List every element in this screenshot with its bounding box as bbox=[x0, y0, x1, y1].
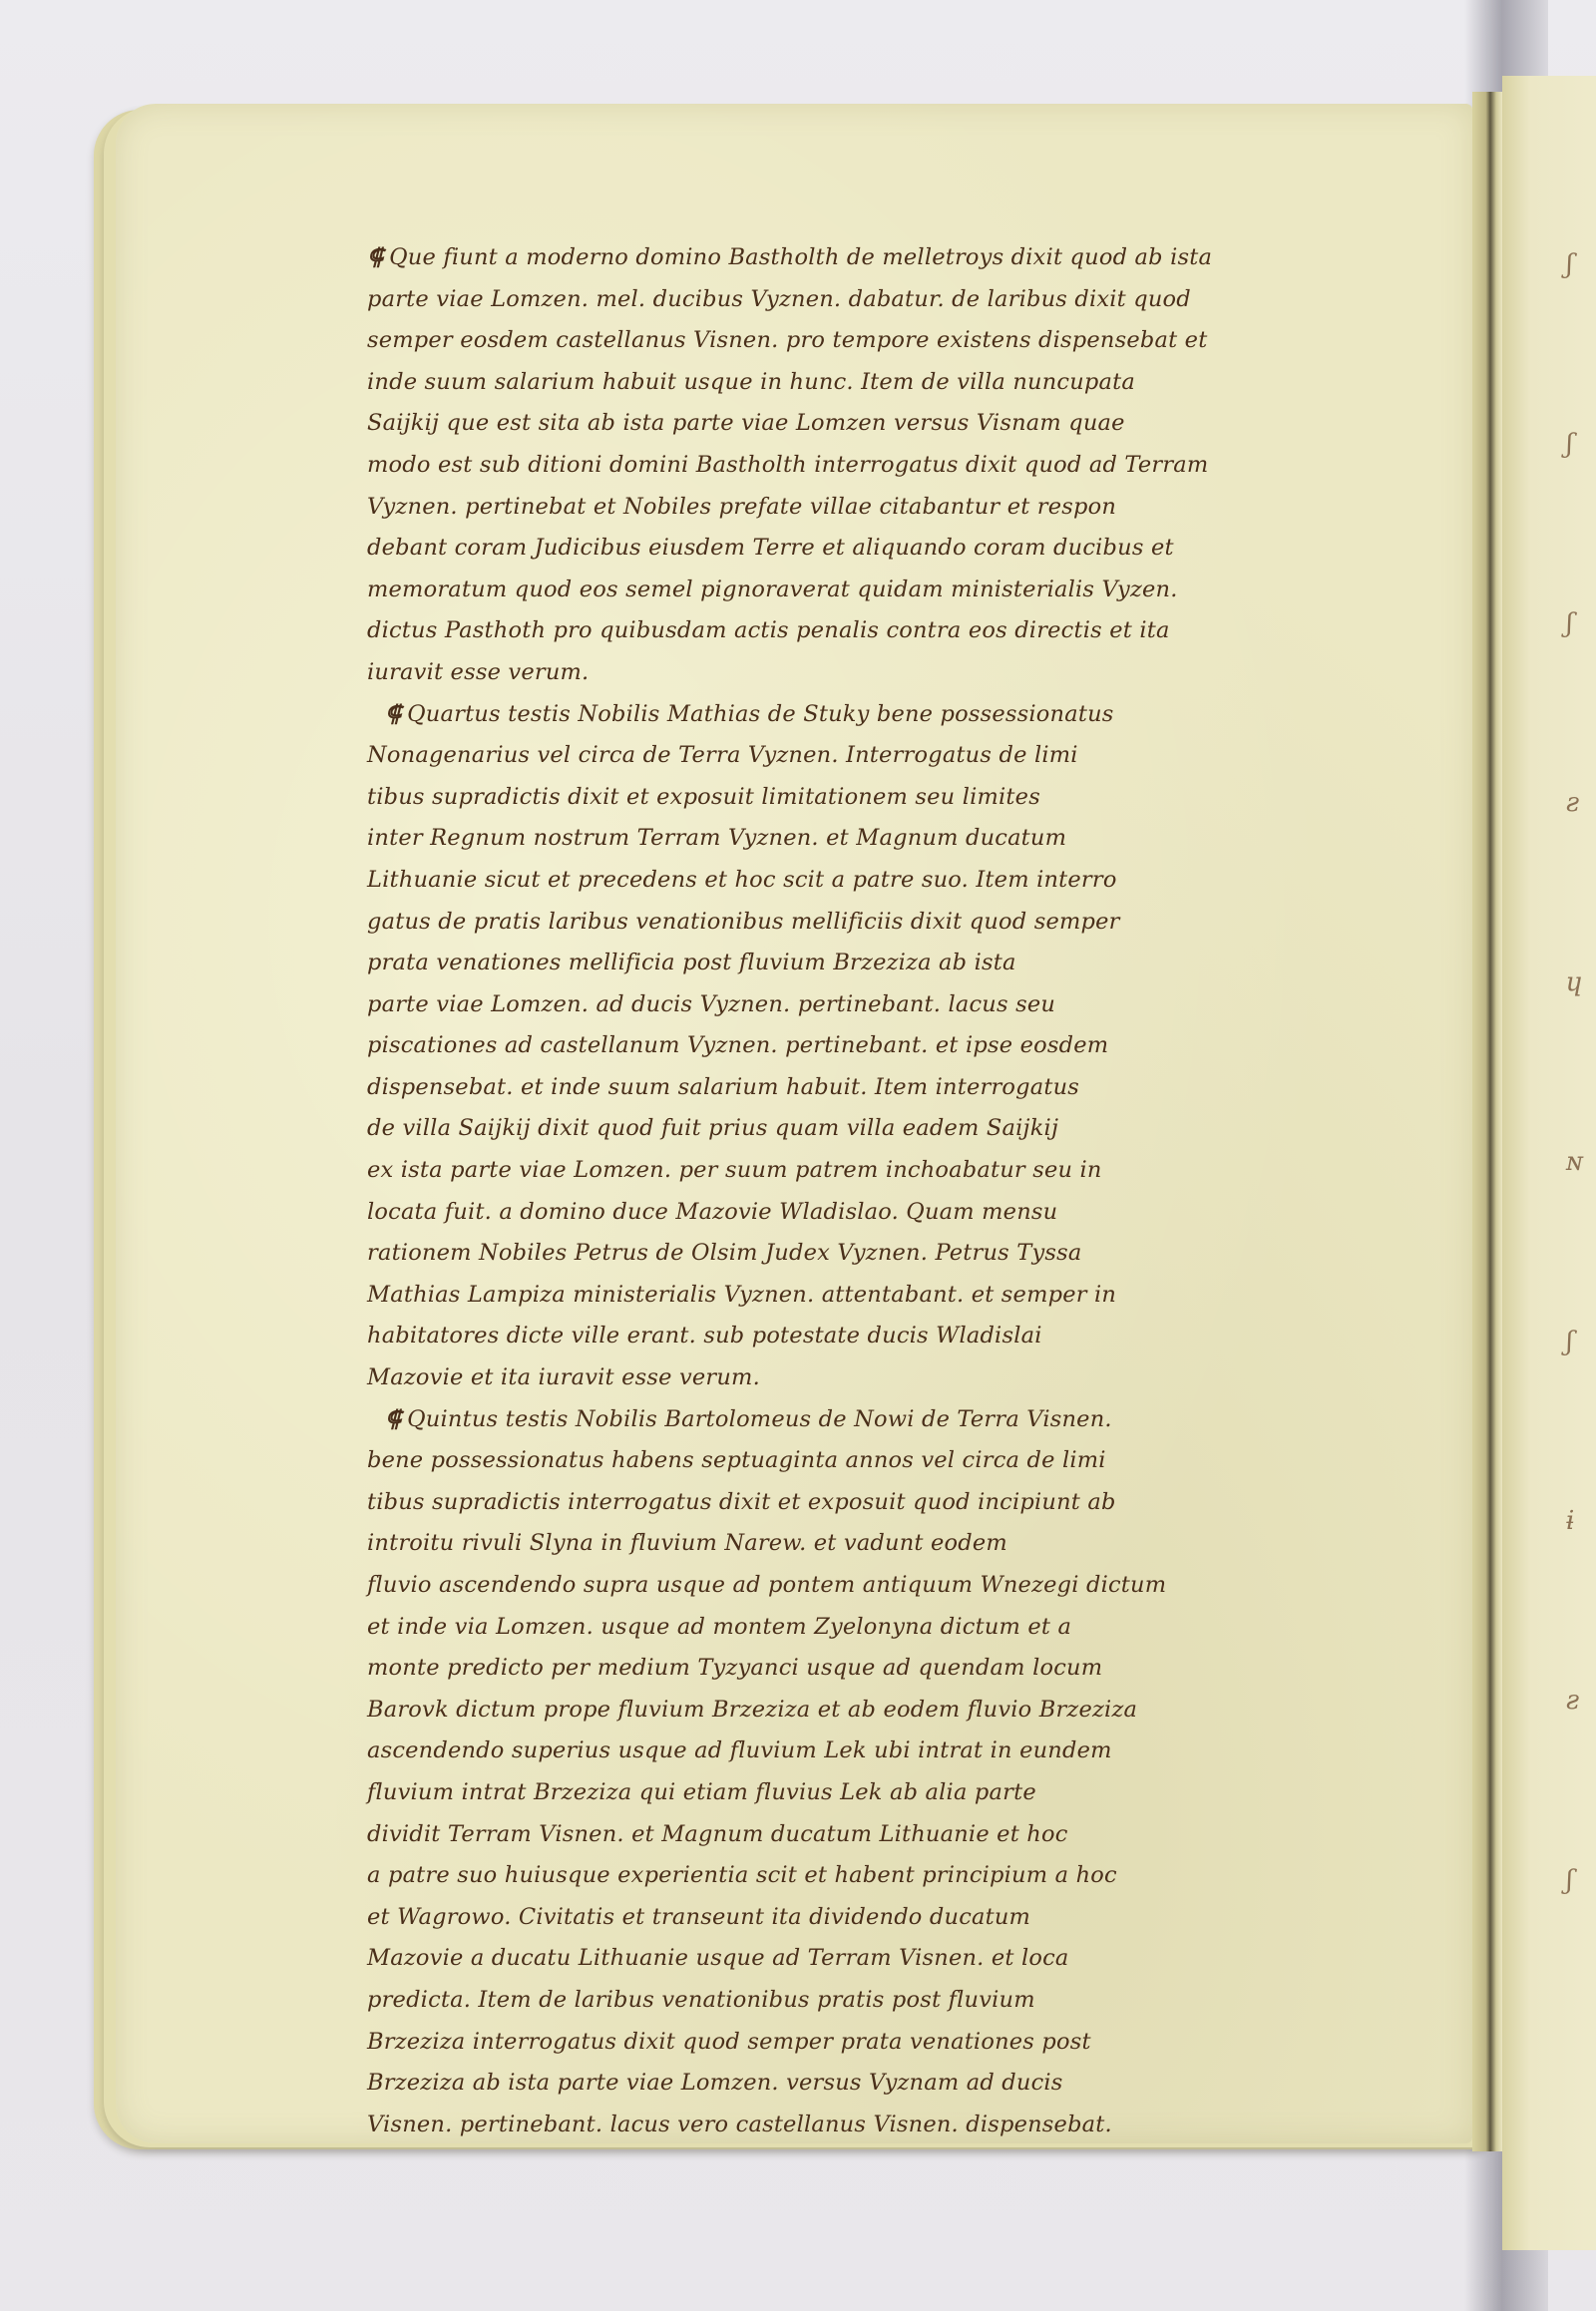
manuscript-line: predicta. Item de laribus venationibus p… bbox=[367, 1980, 1315, 2022]
paragraph-start-line: ⸿Quintus testis Nobilis Bartolomeus de N… bbox=[367, 1399, 1315, 1441]
manuscript-line: introitu rivuli Slyna in fluvium Narew. … bbox=[367, 1523, 1315, 1565]
line-text: modo est sub ditioni domini Bastholth in… bbox=[367, 452, 1208, 478]
line-text: ascendendo superius usque ad fluvium Lek… bbox=[367, 1737, 1112, 1763]
line-text: Mazovie a ducatu Lithuanie usque ad Terr… bbox=[367, 1945, 1069, 1971]
manuscript-line: piscationes ad castellanum Vyznen. perti… bbox=[367, 1025, 1315, 1067]
line-text: de villa Saijkij dixit quod fuit prius q… bbox=[367, 1115, 1058, 1141]
line-text: semper eosdem castellanus Visnen. pro te… bbox=[367, 327, 1207, 353]
line-text: habitatores dicte ville erant. sub potes… bbox=[367, 1323, 1042, 1348]
manuscript-line: Visnen. pertinebant. lacus vero castella… bbox=[367, 2105, 1315, 2146]
facing-page-glyph: ɨ bbox=[1566, 1506, 1596, 1536]
manuscript-line: dictus Pasthoth pro quibusdam actis pena… bbox=[367, 610, 1315, 652]
manuscript-line: ex ista parte viae Lomzen. per suum patr… bbox=[367, 1150, 1315, 1192]
line-text: debant coram Judicibus eiusdem Terre et … bbox=[367, 535, 1174, 561]
line-text: ex ista parte viae Lomzen. per suum patr… bbox=[367, 1157, 1102, 1183]
line-text: a patre suo huiusque experientia scit et… bbox=[367, 1862, 1117, 1888]
manuscript-line: Nonagenarius vel circa de Terra Vyznen. … bbox=[367, 735, 1315, 777]
line-text: Mathias Lampiza ministerialis Vyznen. at… bbox=[367, 1282, 1116, 1308]
line-text: monte predicto per medium Tyzyanci usque… bbox=[367, 1655, 1102, 1681]
facing-page-glyph: ʃ bbox=[1566, 429, 1596, 459]
line-text: Visnen. pertinebant. lacus vero castella… bbox=[367, 2112, 1112, 2137]
line-text: Barovk dictum prope fluvium Brzeziza et … bbox=[367, 1697, 1137, 1723]
line-text: rationem Nobiles Petrus de Olsim Judex V… bbox=[367, 1240, 1082, 1266]
facing-page-text-fragments: ʃʃʃƨɥɴʃɨƨʃ bbox=[1566, 249, 1596, 1895]
paragraph-mark-icon: ⸿ bbox=[367, 244, 383, 270]
facing-page-glyph: ʃ bbox=[1566, 249, 1596, 279]
line-text: inde suum salarium habuit usque in hunc.… bbox=[367, 369, 1135, 395]
manuscript-line: prata venationes mellificia post fluvium… bbox=[367, 943, 1315, 984]
manuscript-line: debant coram Judicibus eiusdem Terre et … bbox=[367, 528, 1315, 570]
line-text: locata fuit. a domino duce Mazovie Wladi… bbox=[367, 1199, 1057, 1225]
manuscript-line: et inde via Lomzen. usque ad montem Zyel… bbox=[367, 1607, 1315, 1649]
manuscript-line: Saijkij que est sita ab ista parte viae … bbox=[367, 403, 1315, 445]
manuscript-line: iuravit esse verum. bbox=[367, 652, 1315, 694]
facing-page-glyph: ɥ bbox=[1566, 967, 1596, 997]
line-text: bene possessionatus habens septuaginta a… bbox=[367, 1447, 1106, 1473]
manuscript-line: parte viae Lomzen. ad ducis Vyznen. pert… bbox=[367, 984, 1315, 1026]
manuscript-line: a patre suo huiusque experientia scit et… bbox=[367, 1855, 1315, 1897]
facing-page-glyph: ʃ bbox=[1566, 1865, 1596, 1895]
manuscript-line: dispensebat. et inde suum salarium habui… bbox=[367, 1067, 1315, 1109]
manuscript-line: inter Regnum nostrum Terram Vyznen. et M… bbox=[367, 818, 1315, 860]
line-text: iuravit esse verum. bbox=[367, 659, 589, 685]
line-text: dispensebat. et inde suum salarium habui… bbox=[367, 1074, 1079, 1100]
line-text: Quintus testis Nobilis Bartolomeus de No… bbox=[407, 1406, 1112, 1432]
line-text: Nonagenarius vel circa de Terra Vyznen. … bbox=[367, 742, 1078, 768]
manuscript-line: dividit Terram Visnen. et Magnum ducatum… bbox=[367, 1814, 1315, 1856]
manuscript-line: gatus de pratis laribus venationibus mel… bbox=[367, 902, 1315, 944]
manuscript-line: fluvio ascendendo supra usque ad pontem … bbox=[367, 1565, 1315, 1607]
line-text: tibus supradictis interrogatus dixit et … bbox=[367, 1489, 1116, 1515]
line-text: Brzeziza interrogatus dixit quod semper … bbox=[367, 2029, 1091, 2055]
paragraph-mark-icon: ⸿ bbox=[385, 1406, 401, 1432]
manuscript-line: Lithuanie sicut et precedens et hoc scit… bbox=[367, 860, 1315, 902]
line-text: et inde via Lomzen. usque ad montem Zyel… bbox=[367, 1614, 1071, 1640]
manuscript-line: Mathias Lampiza ministerialis Vyznen. at… bbox=[367, 1275, 1315, 1317]
manuscript-line: Brzeziza interrogatus dixit quod semper … bbox=[367, 2022, 1315, 2064]
line-text: Vyznen. pertinebat et Nobiles prefate vi… bbox=[367, 494, 1116, 520]
line-text: inter Regnum nostrum Terram Vyznen. et M… bbox=[367, 825, 1066, 851]
manuscript-line: semper eosdem castellanus Visnen. pro te… bbox=[367, 320, 1315, 362]
manuscript-text-block: ⸿Que fiunt a moderno domino Bastholth de… bbox=[367, 237, 1315, 2145]
manuscript-line: locata fuit. a domino duce Mazovie Wladi… bbox=[367, 1192, 1315, 1234]
manuscript-line: monte predicto per medium Tyzyanci usque… bbox=[367, 1648, 1315, 1690]
manuscript-line: bene possessionatus habens septuaginta a… bbox=[367, 1440, 1315, 1482]
manuscript-line: de villa Saijkij dixit quod fuit prius q… bbox=[367, 1108, 1315, 1150]
line-text: introitu rivuli Slyna in fluvium Narew. … bbox=[367, 1530, 1007, 1556]
facing-page-glyph: ƨ bbox=[1566, 788, 1596, 818]
line-text: predicta. Item de laribus venationibus p… bbox=[367, 1987, 1035, 2013]
manuscript-line: Brzeziza ab ista parte viae Lomzen. vers… bbox=[367, 2063, 1315, 2105]
line-text: Mazovie et ita iuravit esse verum. bbox=[367, 1364, 760, 1390]
line-text: parte viae Lomzen. mel. ducibus Vyznen. … bbox=[367, 286, 1191, 312]
manuscript-line: Barovk dictum prope fluvium Brzeziza et … bbox=[367, 1690, 1315, 1732]
manuscript-line: et Wagrowo. Civitatis et transeunt ita d… bbox=[367, 1897, 1315, 1939]
line-text: dictus Pasthoth pro quibusdam actis pena… bbox=[367, 617, 1170, 643]
line-text: fluvium intrat Brzeziza qui etiam fluviu… bbox=[367, 1779, 1036, 1805]
binding-gutter bbox=[1472, 92, 1502, 2151]
paragraph-start-line: ⸿Quartus testis Nobilis Mathias de Stuky… bbox=[367, 694, 1315, 736]
facing-page-glyph: ƨ bbox=[1566, 1686, 1596, 1716]
line-text: parte viae Lomzen. ad ducis Vyznen. pert… bbox=[367, 991, 1055, 1017]
facing-page-glyph: ʃ bbox=[1566, 608, 1596, 638]
manuscript-line: rationem Nobiles Petrus de Olsim Judex V… bbox=[367, 1233, 1315, 1275]
manuscript-line: ascendendo superius usque ad fluvium Lek… bbox=[367, 1731, 1315, 1772]
line-text: Lithuanie sicut et precedens et hoc scit… bbox=[367, 867, 1117, 893]
line-text: Quartus testis Nobilis Mathias de Stuky … bbox=[407, 701, 1113, 727]
manuscript-line: inde suum salarium habuit usque in hunc.… bbox=[367, 362, 1315, 404]
line-text: dividit Terram Visnen. et Magnum ducatum… bbox=[367, 1821, 1068, 1847]
manuscript-line: habitatores dicte ville erant. sub potes… bbox=[367, 1316, 1315, 1357]
manuscript-line: Mazovie et ita iuravit esse verum. bbox=[367, 1357, 1315, 1399]
facing-page-glyph: ʃ bbox=[1566, 1327, 1596, 1356]
line-text: tibus supradictis dixit et exposuit limi… bbox=[367, 784, 1040, 810]
line-text: memoratum quod eos semel pignoraverat qu… bbox=[367, 577, 1178, 602]
line-text: prata venationes mellificia post fluvium… bbox=[367, 950, 1016, 975]
line-text: et Wagrowo. Civitatis et transeunt ita d… bbox=[367, 1904, 1030, 1930]
manuscript-line: fluvium intrat Brzeziza qui etiam fluviu… bbox=[367, 1772, 1315, 1814]
manuscript-line: memoratum quod eos semel pignoraverat qu… bbox=[367, 570, 1315, 611]
line-text: Brzeziza ab ista parte viae Lomzen. vers… bbox=[367, 2070, 1063, 2096]
line-text: Saijkij que est sita ab ista parte viae … bbox=[367, 410, 1125, 436]
manuscript-line: Vyznen. pertinebat et Nobiles prefate vi… bbox=[367, 487, 1315, 529]
manuscript-line: Mazovie a ducatu Lithuanie usque ad Terr… bbox=[367, 1938, 1315, 1980]
line-text: fluvio ascendendo supra usque ad pontem … bbox=[367, 1572, 1166, 1598]
paragraph-start-line: ⸿Que fiunt a moderno domino Bastholth de… bbox=[367, 237, 1315, 279]
line-text: Que fiunt a moderno domino Bastholth de … bbox=[389, 244, 1212, 270]
facing-page-glyph: ɴ bbox=[1566, 1147, 1596, 1177]
manuscript-line: tibus supradictis interrogatus dixit et … bbox=[367, 1482, 1315, 1524]
paragraph-mark-icon: ⸿ bbox=[385, 701, 401, 727]
line-text: gatus de pratis laribus venationibus mel… bbox=[367, 909, 1120, 935]
manuscript-line: tibus supradictis dixit et exposuit limi… bbox=[367, 777, 1315, 819]
line-text: piscationes ad castellanum Vyznen. perti… bbox=[367, 1032, 1108, 1058]
manuscript-line: parte viae Lomzen. mel. ducibus Vyznen. … bbox=[367, 279, 1315, 321]
manuscript-line: modo est sub ditioni domini Bastholth in… bbox=[367, 445, 1315, 487]
